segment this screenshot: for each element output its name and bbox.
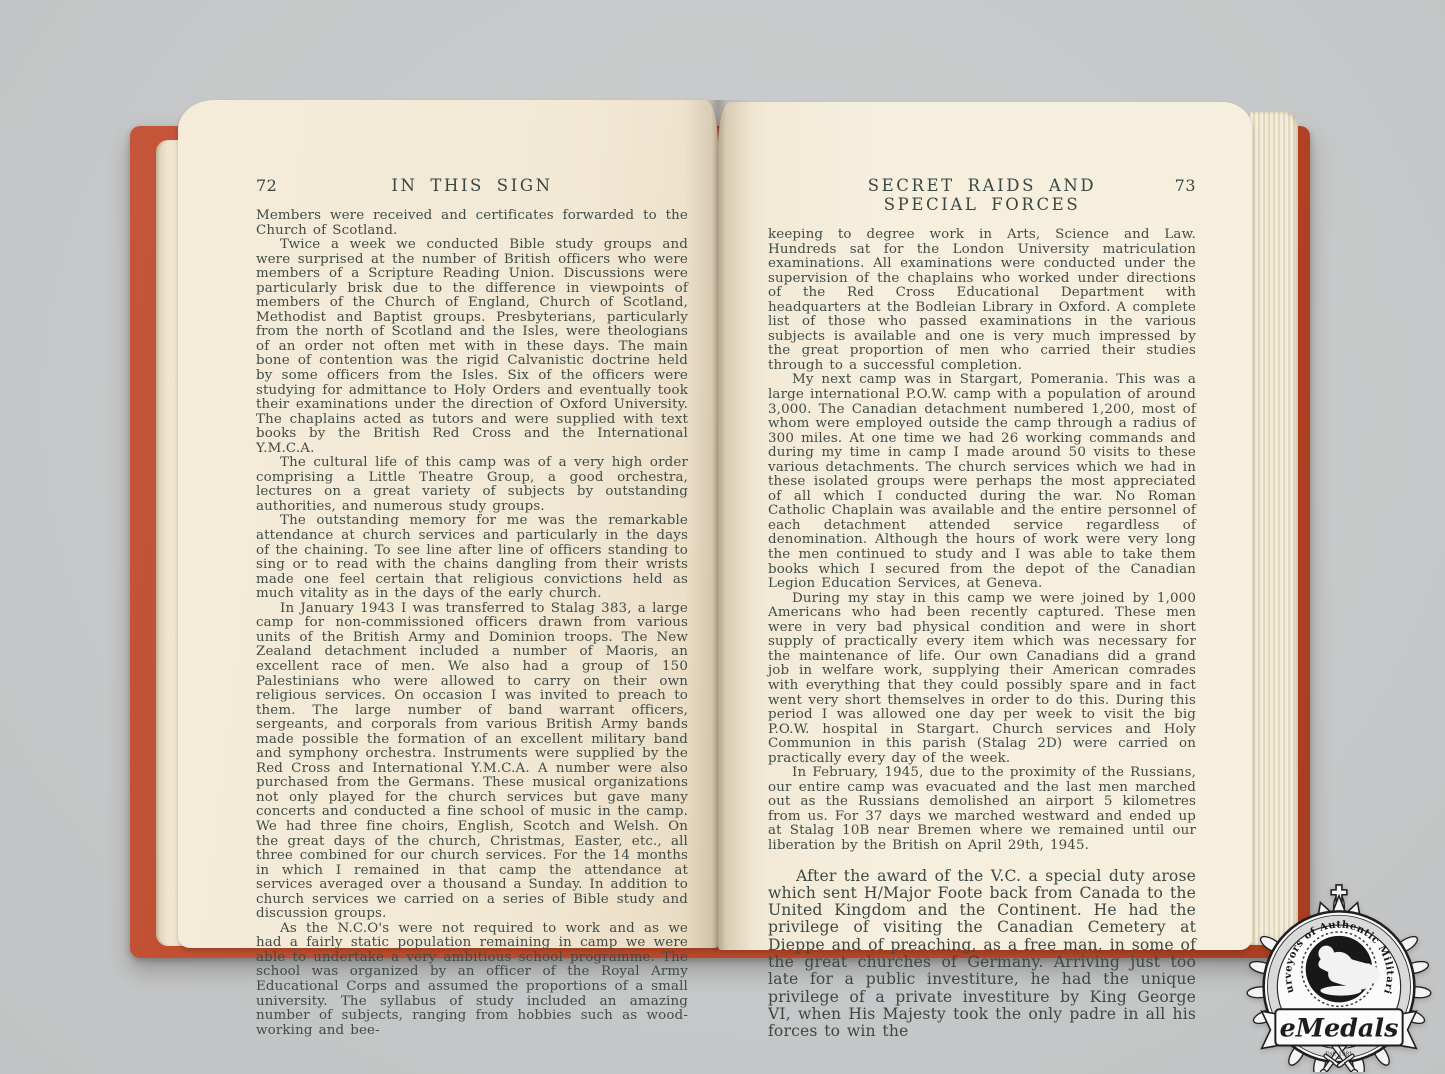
paragraph: During my stay in this camp we were join… bbox=[768, 592, 1196, 767]
paragraph: The outstanding memory for me was the re… bbox=[256, 514, 688, 601]
paragraph: In February, 1945, due to the proximity … bbox=[768, 766, 1196, 853]
right-running-title: SECRET RAIDS AND SPECIAL FORCES bbox=[828, 176, 1136, 214]
banner-ribbon: eMedals bbox=[1262, 1009, 1417, 1048]
left-page-number: 72 bbox=[256, 176, 316, 195]
left-text-column: Members were received and certificates f… bbox=[256, 209, 688, 1038]
paragraph: keeping to degree work in Arts, Science … bbox=[768, 228, 1196, 373]
paragraph: Twice a week we conducted Bible study gr… bbox=[256, 238, 688, 456]
brand-text: eMedals bbox=[1280, 1014, 1399, 1044]
left-running-title: IN THIS SIGN bbox=[316, 176, 628, 195]
emedals-watermark: Purveyors of Authentic Militaria eMedals bbox=[1246, 880, 1432, 1072]
right-text-column: keeping to degree work in Arts, Science … bbox=[768, 228, 1196, 1040]
photo-scene: 72 IN THIS SIGN Members were received an… bbox=[0, 0, 1445, 1074]
paragraph: After the award of the V.C. a special du… bbox=[768, 868, 1196, 1041]
paragraph: My next camp was in Stargart, Pomerania.… bbox=[768, 373, 1196, 591]
right-page: SECRET RAIDS AND SPECIAL FORCES 73 keepi… bbox=[718, 102, 1252, 950]
paragraph: Members were received and certificates f… bbox=[256, 209, 688, 238]
paragraph: The cultural life of this camp was of a … bbox=[256, 456, 688, 514]
paragraph: In January 1943 I was transferred to Sta… bbox=[256, 602, 688, 922]
right-page-number: 73 bbox=[1136, 176, 1196, 195]
right-page-header: SECRET RAIDS AND SPECIAL FORCES 73 bbox=[768, 176, 1196, 214]
page-stack-right bbox=[1250, 112, 1298, 945]
left-page: 72 IN THIS SIGN Members were received an… bbox=[178, 100, 718, 948]
left-page-header: 72 IN THIS SIGN bbox=[256, 176, 688, 195]
paragraph: As the N.C.O's were not required to work… bbox=[256, 922, 688, 1038]
established-text: Est. 1981 bbox=[1325, 1051, 1352, 1057]
